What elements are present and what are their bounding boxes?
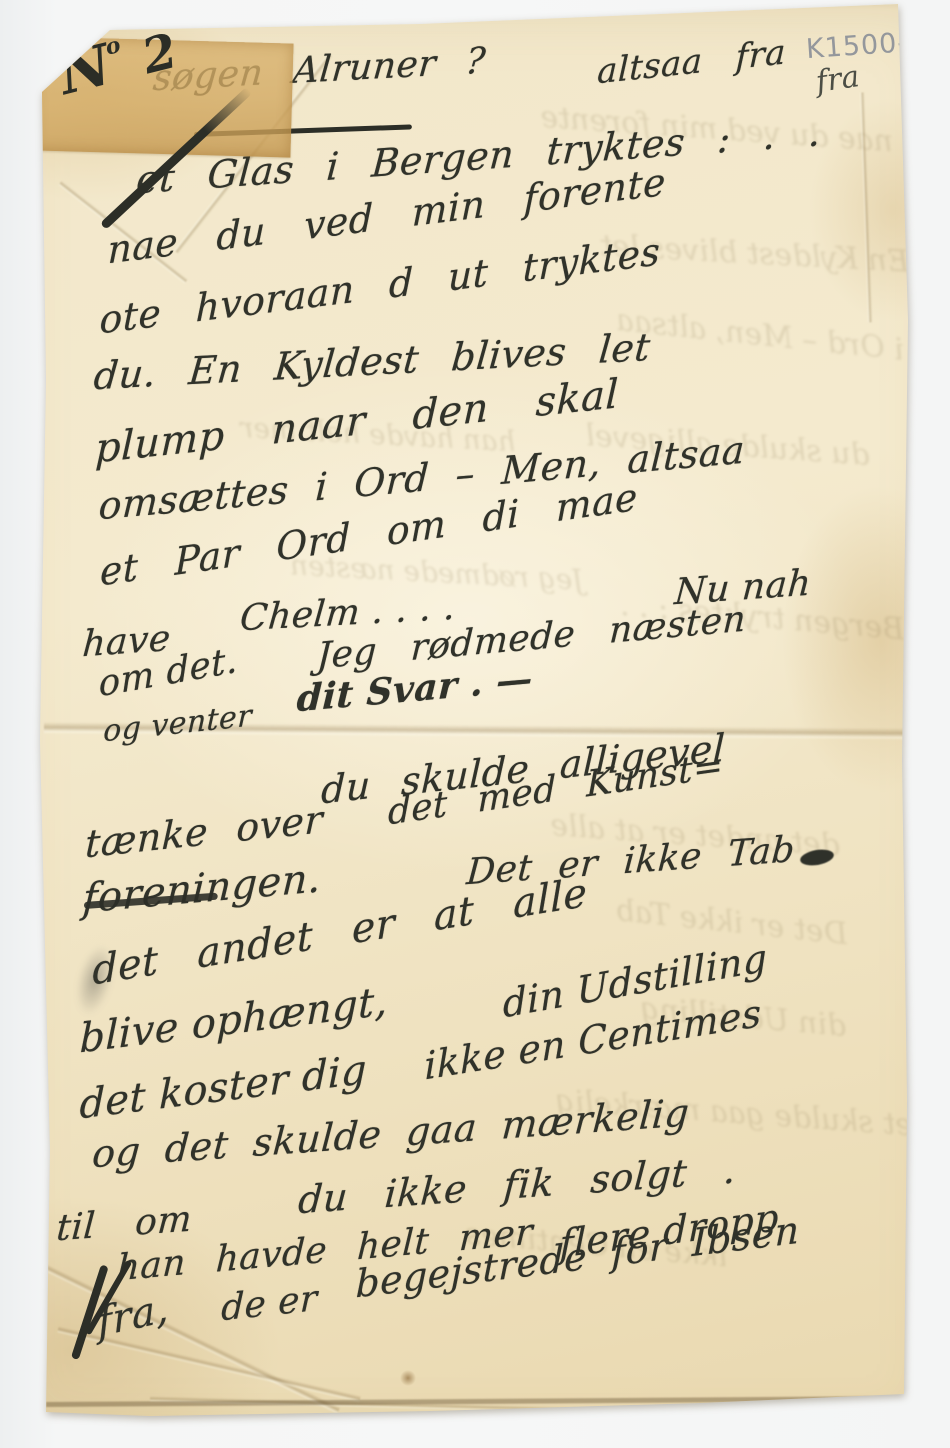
handwritten-line: de er [221, 1278, 319, 1329]
corner-ink-note: fra [814, 59, 862, 100]
handwritten-line: altsaa fra [597, 32, 787, 92]
paper-sheet-wrap: nae du ved min forente du. En Kyldest bl… [0, 0, 950, 1448]
page-number-digit: 2 [137, 23, 183, 85]
handwritten-line: og venter [103, 698, 253, 749]
scanned-letter-page: nae du ved min forente du. En Kyldest bl… [0, 0, 950, 1448]
paper-sheet: nae du ved min forente du. En Kyldest bl… [0, 0, 950, 1448]
handwritten-line: tænke over [84, 797, 323, 866]
handwritten-line: til om [55, 1199, 193, 1250]
handwritten-line: foreningen. [82, 855, 323, 922]
catalog-number: K1500-2 [805, 26, 927, 65]
bleed-through-text: omsættes i Ord – Men, altsaa [614, 303, 950, 384]
